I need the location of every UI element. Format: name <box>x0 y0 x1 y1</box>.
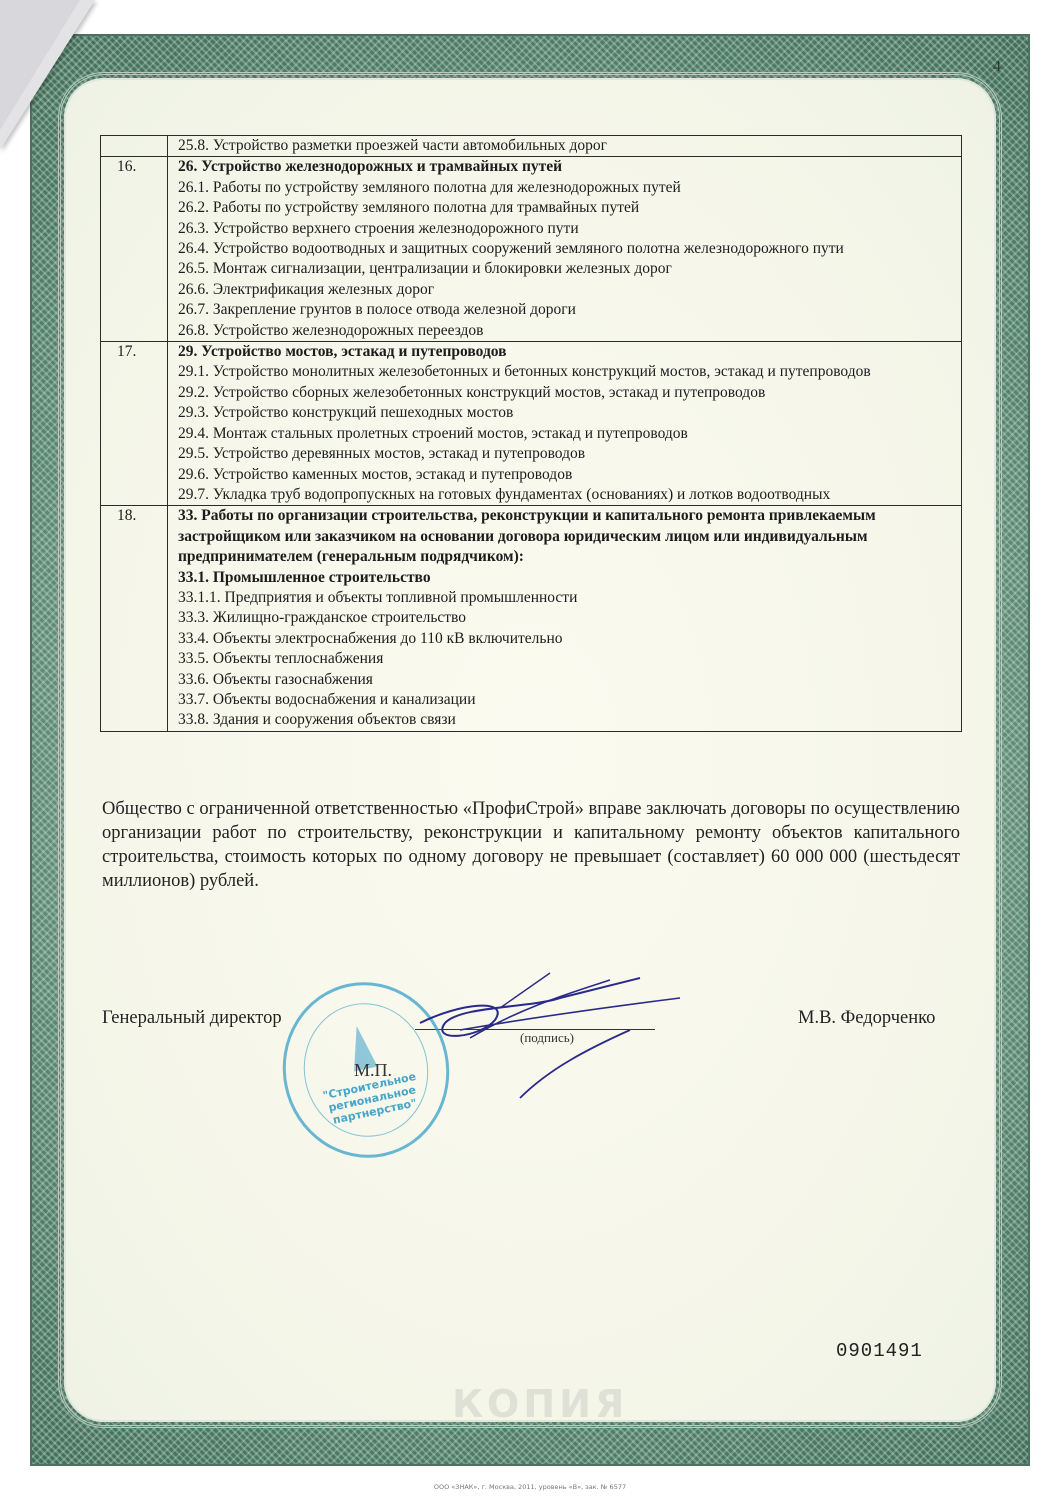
work-item: 29.4. Монтаж стальных пролетных строений… <box>178 424 961 444</box>
work-item: 26.5. Монтаж сигнализации, централизации… <box>178 259 961 279</box>
work-item: 33.5. Объекты теплоснабжения <box>178 649 961 669</box>
work-item: 33.6. Объекты газоснабжения <box>178 670 961 690</box>
section-subheading: 33.1. Промышленное строительство <box>178 568 961 588</box>
section-heading: 29. Устройство мостов, эстакад и путепро… <box>178 342 961 362</box>
table-row: 25.8. Устройство разметки проезжей части… <box>101 136 962 157</box>
work-types-table: 25.8. Устройство разметки проезжей части… <box>100 135 962 732</box>
serial-number: 0901491 <box>836 1340 923 1362</box>
work-item: 33.8. Здания и сооружения объектов связи <box>178 710 961 730</box>
work-item: 25.8. Устройство разметки проезжей части… <box>178 136 961 156</box>
table-row: 18.33. Работы по организации строительст… <box>101 506 962 731</box>
work-item: 26.8. Устройство железнодорожных переезд… <box>178 321 961 341</box>
row-content: 33. Работы по организации строительства,… <box>168 506 962 731</box>
work-item: 26.3. Устройство верхнего строения желез… <box>178 219 961 239</box>
work-item: 29.6. Устройство каменных мостов, эстака… <box>178 465 961 485</box>
handwritten-signature-icon <box>400 968 690 1108</box>
table-row: 17.29. Устройство мостов, эстакад и путе… <box>101 342 962 506</box>
work-item: 33.4. Объекты электроснабжения до 110 кВ… <box>178 629 961 649</box>
work-item: 26.1. Работы по устройству земляного пол… <box>178 178 961 198</box>
row-number <box>101 136 168 157</box>
signatory-title: Генеральный директор <box>102 1008 282 1029</box>
section-heading: 33. Работы по организации строительства,… <box>178 506 961 567</box>
section-heading: 26. Устройство железнодорожных и трамвай… <box>178 157 961 177</box>
row-content: 26. Устройство железнодорожных и трамвай… <box>168 157 962 342</box>
row-number: 18. <box>101 506 168 731</box>
row-content: 29. Устройство мостов, эстакад и путепро… <box>168 342 962 506</box>
row-number: 16. <box>101 157 168 342</box>
folded-corner-shade <box>0 0 80 130</box>
work-item: 29.2. Устройство сборных железобетонных … <box>178 383 961 403</box>
work-item: 33.3. Жилищно-гражданское строительство <box>178 608 961 628</box>
permission-paragraph: Общество с ограниченной ответственностью… <box>102 797 960 893</box>
work-item: 29.7. Укладка труб водопропускных на гот… <box>178 485 961 505</box>
work-item: 29.1. Устройство монолитных железобетонн… <box>178 362 961 382</box>
signatory-name: М.В. Федорченко <box>798 1008 935 1029</box>
work-item: 29.3. Устройство конструкций пешеходных … <box>178 403 961 423</box>
work-item: 33.1.1. Предприятия и объекты топливной … <box>178 588 961 608</box>
work-item: 26.7. Закрепление грунтов в полосе отвод… <box>178 300 961 320</box>
copy-watermark: КОПИЯ <box>452 1382 628 1426</box>
work-item: 26.6. Электрификация железных дорог <box>178 280 961 300</box>
row-number: 17. <box>101 342 168 506</box>
work-item: 26.2. Работы по устройству земляного пол… <box>178 198 961 218</box>
stamp-place-label: М.П. <box>354 1060 392 1081</box>
work-item: 29.5. Устройство деревянных мостов, эста… <box>178 444 961 464</box>
row-content: 25.8. Устройство разметки проезжей части… <box>168 136 962 157</box>
work-item: 33.7. Объекты водоснабжения и канализаци… <box>178 690 961 710</box>
work-item: 26.4. Устройство водоотводных и защитных… <box>178 239 961 259</box>
table-row: 16.26. Устройство железнодорожных и трам… <box>101 157 962 342</box>
page-number: 4 <box>993 58 1001 76</box>
printer-imprint: ООО «ЗНАК», г. Москва, 2011, уровень «В»… <box>0 1483 1060 1491</box>
